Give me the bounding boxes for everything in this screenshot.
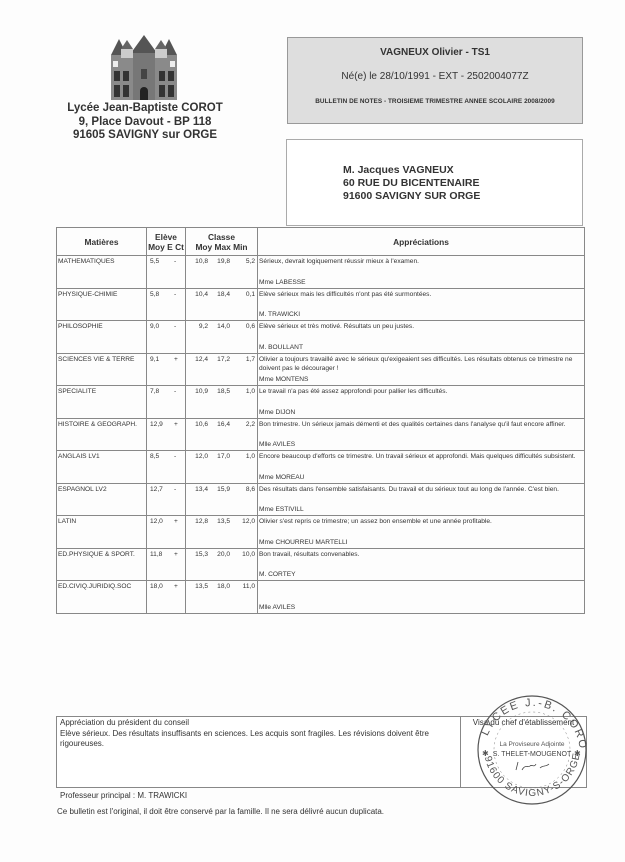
class-cell: 15,320,010,0 (186, 548, 258, 581)
eleve-cell: 11,8+ (147, 548, 186, 581)
recipient-address-box: M. Jacques VAGNEUX 60 RUE DU BICENTENAIR… (286, 139, 583, 226)
header-subject: Matières (57, 228, 147, 256)
teacher-name: Mlle AVILES (259, 440, 295, 449)
student-average: 9,0 (150, 323, 159, 330)
student-info-box: VAGNEUX Olivier - TS1 Né(e) le 28/10/199… (287, 37, 583, 124)
table-row: ED.CIVIQ.JURIDIQ.SOC18,0+13,518,011,0Mll… (57, 581, 585, 614)
class-cell: 13,415,98,6 (186, 483, 258, 516)
header-classe-title: Classe (186, 232, 257, 242)
student-trend: - (174, 388, 176, 395)
subject-cell: PHILOSOPHIE (57, 321, 147, 354)
subject-cell: ED.CIVIQ.JURIDIQ.SOC (57, 581, 147, 614)
teacher-name: Mme DIJON (259, 408, 295, 417)
class-max: 19,8 (208, 258, 230, 265)
eleve-cell: 5,8- (147, 288, 186, 321)
table-header-row: Matières ElèveMoy E Ct ClasseMoy Max Min… (57, 228, 585, 256)
castle-icon (109, 35, 179, 100)
appreciation-text: Elève sérieux et très motivé. Résultats … (259, 322, 582, 331)
eleve-cell: 12,9+ (147, 418, 186, 451)
grades-table: Matières ElèveMoy E Ct ClasseMoy Max Min… (56, 227, 585, 614)
class-max: 18,4 (208, 291, 230, 298)
student-trend: + (174, 421, 178, 428)
appreciation-cell: Des résultats dans l'ensemble satisfaisa… (258, 483, 585, 516)
class-average: 10,6 (186, 421, 208, 428)
table-row: PHYSIQUE-CHIMIE5,8-10,418,40,1Elève séri… (57, 288, 585, 321)
council-text: Elève sérieux. Des résultats insuffisant… (60, 729, 457, 750)
teacher-name: Mme CHOURREU MARTELLI (259, 538, 348, 547)
class-max: 16,4 (208, 421, 230, 428)
appreciation-text: Encore beaucoup d'efforts ce trimestre. … (259, 452, 582, 461)
teacher-name: Mme ESTIVILL (259, 505, 304, 514)
appreciation-text: Elève sérieux mais les difficultés n'ont… (259, 290, 582, 299)
student-trend: - (174, 291, 176, 298)
eleve-cell: 7,8- (147, 386, 186, 419)
student-average: 5,8 (150, 291, 159, 298)
class-cell: 13,518,011,0 (186, 581, 258, 614)
table-row: SCIENCES VIE & TERRE9,1+12,417,21,7Olivi… (57, 353, 585, 386)
class-max: 18,0 (208, 583, 230, 590)
student-average: 18,0 (150, 583, 163, 590)
student-average: 11,8 (150, 551, 162, 558)
student-trend: + (174, 518, 178, 525)
header-classe-sub: Moy Max Min (186, 242, 257, 252)
class-min: 10,0 (233, 551, 255, 558)
appreciation-cell: Olivier a toujours travaillé avec le sér… (258, 353, 585, 386)
class-max: 17,0 (208, 453, 230, 460)
svg-text:✱: ✱ (574, 749, 581, 758)
appreciation-cell: Bon trimestre. Un sérieux jamais démenti… (258, 418, 585, 451)
school-stamp-icon: LYCEE J.-B. COROT 91600 SAVIGNY-S-ORGE L… (470, 692, 594, 808)
appreciation-cell: Bon travail, résultats convenables.M. CO… (258, 548, 585, 581)
subject-cell: LATIN (57, 516, 147, 549)
class-min: 8,6 (233, 486, 255, 493)
svg-text:S. THELET-MOUGENOT: S. THELET-MOUGENOT (493, 751, 572, 758)
class-max: 14,0 (208, 323, 230, 330)
class-average: 13,4 (186, 486, 208, 493)
subject-cell: PHYSIQUE-CHIMIE (57, 288, 147, 321)
header-eleve-sub: Moy E Ct (147, 242, 185, 252)
student-trend: + (174, 356, 178, 363)
appreciation-cell: Le travail n'a pas été assez approfondi … (258, 386, 585, 419)
appreciation-cell: Olivier s'est repris ce trimestre; un as… (258, 516, 585, 549)
appreciation-cell: Elève sérieux et très motivé. Résultats … (258, 321, 585, 354)
appreciation-cell: Elève sérieux mais les difficultés n'ont… (258, 288, 585, 321)
recipient-street: 60 RUE DU BICENTENAIRE (343, 177, 480, 190)
svg-text:✱: ✱ (482, 749, 489, 758)
student-birth: Né(e) le 28/10/1991 - EXT - 2502004077Z (288, 71, 582, 82)
class-average: 10,4 (186, 291, 208, 298)
eleve-cell: 8,5- (147, 451, 186, 484)
council-appreciation: Appréciation du président du conseil Elè… (57, 717, 461, 787)
student-average: 8,5 (150, 453, 159, 460)
appreciation-text: Le travail n'a pas été assez approfondi … (259, 387, 582, 396)
school-address-line1: 9, Place Davout - BP 118 (60, 116, 230, 130)
student-trend: - (174, 486, 176, 493)
class-average: 15,3 (186, 551, 208, 558)
subject-cell: MATHEMATIQUES (57, 256, 147, 289)
appreciation-text: Bon travail, résultats convenables. (259, 550, 582, 559)
council-label: Appréciation du président du conseil (60, 718, 457, 729)
class-min: 12,0 (233, 518, 255, 525)
header-classe: ClasseMoy Max Min (186, 228, 258, 256)
class-cell: 10,418,40,1 (186, 288, 258, 321)
class-max: 13,5 (208, 518, 230, 525)
recipient-name: M. Jacques VAGNEUX (343, 164, 480, 177)
teacher-name: Mme LABESSE (259, 278, 306, 287)
eleve-cell: 5,5- (147, 256, 186, 289)
class-cell: 9,214,00,6 (186, 321, 258, 354)
subject-cell: SPECIALITE (57, 386, 147, 419)
header-appreciations: Appréciations (258, 228, 585, 256)
class-cell: 12,017,01,0 (186, 451, 258, 484)
class-average: 10,8 (186, 258, 208, 265)
table-row: ED.PHYSIQUE & SPORT.11,8+15,320,010,0Bon… (57, 548, 585, 581)
svg-text:La Proviseure Adjointe: La Proviseure Adjointe (499, 741, 564, 748)
appreciation-cell: Mlle AVILES (258, 581, 585, 614)
eleve-cell: 12,7- (147, 483, 186, 516)
class-cell: 12,417,21,7 (186, 353, 258, 386)
header-eleve: ElèveMoy E Ct (147, 228, 186, 256)
recipient-city: 91600 SAVIGNY SUR ORGE (343, 190, 480, 203)
table-row: ESPAGNOL LV212,7-13,415,98,6Des résultat… (57, 483, 585, 516)
appreciation-text: Sérieux, devrait logiquement réussir mie… (259, 257, 582, 266)
table-row: LATIN12,0+12,813,512,0Olivier s'est repr… (57, 516, 585, 549)
class-max: 18,5 (208, 388, 230, 395)
school-name: Lycée Jean-Baptiste COROT (60, 102, 230, 116)
table-row: MATHEMATIQUES5,5-10,819,85,2Sérieux, dev… (57, 256, 585, 289)
class-min: 1,7 (233, 356, 255, 363)
student-trend: - (174, 453, 176, 460)
appreciation-cell: Sérieux, devrait logiquement réussir mie… (258, 256, 585, 289)
school-address-line2: 91605 SAVIGNY sur ORGE (60, 129, 230, 143)
school-info: Lycée Jean-Baptiste COROT 9, Place Davou… (60, 102, 230, 143)
class-cell: 10,918,51,0 (186, 386, 258, 419)
class-min: 1,0 (233, 388, 255, 395)
teacher-name: Mme MOREAU (259, 473, 304, 482)
header-eleve-title: Elève (147, 232, 185, 242)
prof-principal: Professeur principal : M. TRAWICKI (60, 791, 187, 800)
student-trend: + (174, 551, 178, 558)
class-average: 12,8 (186, 518, 208, 525)
table-row: HISTOIRE & GEOGRAPH.12,9+10,616,42,2Bon … (57, 418, 585, 451)
class-min: 0,1 (233, 291, 255, 298)
class-min: 2,2 (233, 421, 255, 428)
student-trend: - (174, 258, 176, 265)
eleve-cell: 9,0- (147, 321, 186, 354)
class-average: 9,2 (186, 323, 208, 330)
subject-cell: ANGLAIS LV1 (57, 451, 147, 484)
student-name: VAGNEUX Olivier - TS1 (288, 47, 582, 58)
original-notice: Ce bulletin est l'original, il doit être… (57, 807, 384, 816)
appreciation-text: Olivier s'est repris ce trimestre; un as… (259, 517, 582, 526)
eleve-cell: 9,1+ (147, 353, 186, 386)
class-average: 12,0 (186, 453, 208, 460)
subject-cell: HISTOIRE & GEOGRAPH. (57, 418, 147, 451)
class-average: 10,9 (186, 388, 208, 395)
class-cell: 12,813,512,0 (186, 516, 258, 549)
student-average: 12,9 (150, 421, 163, 428)
subject-cell: ED.PHYSIQUE & SPORT. (57, 548, 147, 581)
teacher-name: Mme MONTENS (259, 375, 308, 384)
bulletin-title: BULLETIN DE NOTES - TROISIEME TRIMESTRE … (288, 98, 582, 105)
student-average: 9,1 (150, 356, 159, 363)
student-average: 12,0 (150, 518, 163, 525)
teacher-name: M. TRAWICKI (259, 310, 300, 319)
class-average: 13,5 (186, 583, 208, 590)
appreciation-text: Des résultats dans l'ensemble satisfaisa… (259, 485, 582, 494)
table-row: SPECIALITE7,8-10,918,51,0Le travail n'a … (57, 386, 585, 419)
class-max: 15,9 (208, 486, 230, 493)
svg-text:91600 SAVIGNY-S-ORGE: 91600 SAVIGNY-S-ORGE (482, 752, 583, 799)
appreciation-text: Bon trimestre. Un sérieux jamais démenti… (259, 420, 582, 429)
class-cell: 10,616,42,2 (186, 418, 258, 451)
class-min: 1,0 (233, 453, 255, 460)
teacher-name: Mlle AVILES (259, 603, 295, 612)
appreciation-cell: Encore beaucoup d'efforts ce trimestre. … (258, 451, 585, 484)
student-average: 5,5 (150, 258, 159, 265)
class-max: 20,0 (208, 551, 230, 558)
subject-cell: SCIENCES VIE & TERRE (57, 353, 147, 386)
table-row: ANGLAIS LV18,5-12,017,01,0Encore beaucou… (57, 451, 585, 484)
subject-cell: ESPAGNOL LV2 (57, 483, 147, 516)
appreciation-text: Olivier a toujours travaillé avec le sér… (259, 355, 582, 373)
class-average: 12,4 (186, 356, 208, 363)
class-cell: 10,819,85,2 (186, 256, 258, 289)
eleve-cell: 18,0+ (147, 581, 186, 614)
teacher-name: M. CORTEY (259, 570, 296, 579)
student-trend: + (174, 583, 178, 590)
class-min: 0,6 (233, 323, 255, 330)
student-trend: - (174, 323, 176, 330)
class-max: 17,2 (208, 356, 230, 363)
class-min: 11,0 (233, 583, 255, 590)
eleve-cell: 12,0+ (147, 516, 186, 549)
table-row: PHILOSOPHIE9,0-9,214,00,6Elève sérieux e… (57, 321, 585, 354)
student-average: 12,7 (150, 486, 163, 493)
class-min: 5,2 (233, 258, 255, 265)
student-average: 7,8 (150, 388, 159, 395)
teacher-name: M. BOULLANT (259, 343, 303, 352)
